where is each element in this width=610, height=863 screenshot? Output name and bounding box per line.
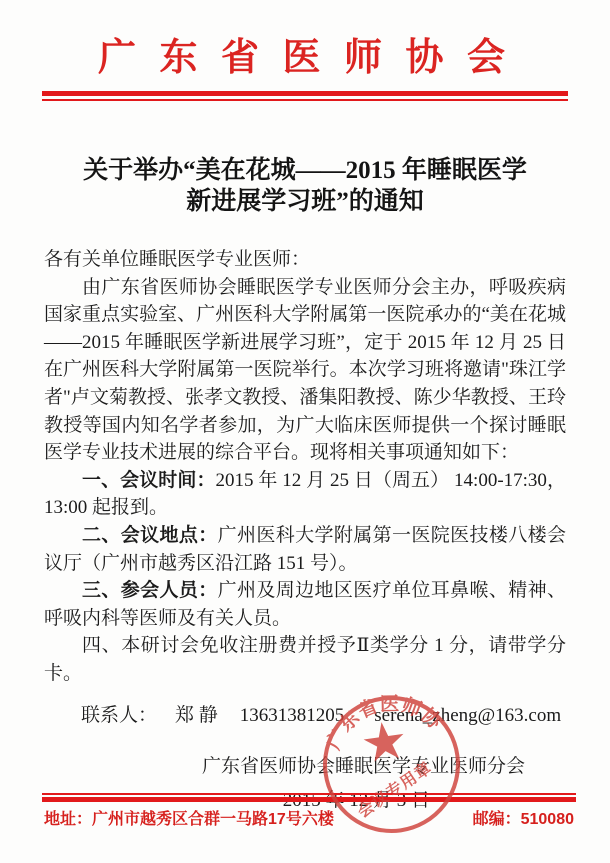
notice-title: 关于举办“美在花城——2015 年睡眠医学 新进展学习班”的通知 [0, 155, 610, 217]
footer-postcode: 邮编：510080 [473, 806, 574, 829]
footer-postcode-label: 邮编： [473, 811, 521, 828]
footer-rule-thick [42, 797, 576, 802]
contact-email: serena_zheng@163.com [374, 705, 561, 726]
intro-paragraph: 由广东省医师协会睡眠医学专业医师分会主办，呼吸疾病国家重点实验室、广州医科大学附… [44, 274, 566, 467]
letterhead-org-name: 广 东 省 医 师 协 会 [0, 32, 610, 84]
credits-item: 四、本研讨会免收注册费并授予Ⅱ类学分 1 分，请带学分卡。 [44, 632, 566, 687]
footer-rule-thin [42, 793, 576, 795]
notice-title-line1: 关于举办“美在花城——2015 年睡眠医学 [0, 155, 610, 186]
notice-title-line2: 新进展学习班”的通知 [0, 186, 610, 217]
credits-text: 四、本研讨会免收注册费并授予Ⅱ类学分 1 分，请带学分卡。 [44, 635, 566, 684]
footer-address-label: 地址： [44, 811, 92, 828]
contact-label: 联系人： [81, 705, 157, 726]
attendees-label: 三、参会人员： [82, 580, 218, 601]
footer-row: 地址：广州市越秀区合群一马路17号六楼 邮编：510080 [44, 806, 574, 829]
notice-body: 各有关单位睡眠医学专业医师： 由广东省医师协会睡眠医学专业医师分会主办，呼吸疾病… [44, 246, 566, 688]
contact-line: 联系人：郑 静13631381205serena_zheng@163.com [44, 702, 566, 729]
signature-org: 广东省医师协会睡眠医学专业医师分会 [0, 753, 525, 780]
meeting-time-item: 一、会议时间：2015 年 12 月 25 日（周五） 14:00-17:30，… [44, 467, 566, 522]
meeting-venue-item: 二、会议地点：广州医科大学附属第一医院医技楼八楼会议厅（广州市越秀区沿江路 15… [44, 522, 566, 577]
letterhead-rules [42, 91, 568, 101]
salutation: 各有关单位睡眠医学专业医师： [44, 246, 566, 274]
meeting-venue-label: 二、会议地点： [82, 525, 218, 546]
contact-phone: 13631381205 [240, 705, 345, 726]
header-rule-thin [42, 99, 568, 101]
footer-address: 地址：广州市越秀区合群一马路17号六楼 [44, 806, 334, 829]
meeting-time-label: 一、会议时间： [82, 470, 216, 491]
footer-address-value: 广州市越秀区合群一马路17号六楼 [92, 811, 334, 828]
attendees-item: 三、参会人员：广州及周边地区医疗单位耳鼻喉、精神、呼吸内科等医师及有关人员。 [44, 577, 566, 632]
notice-document-page: 广 东 省 医 师 协 会 关于举办“美在花城——2015 年睡眠医学 新进展学… [0, 0, 610, 863]
footer-rules [42, 793, 576, 802]
footer-postcode-value: 510080 [521, 811, 574, 828]
contact-name: 郑 静 [175, 705, 218, 726]
header-rule-thick [42, 91, 568, 96]
